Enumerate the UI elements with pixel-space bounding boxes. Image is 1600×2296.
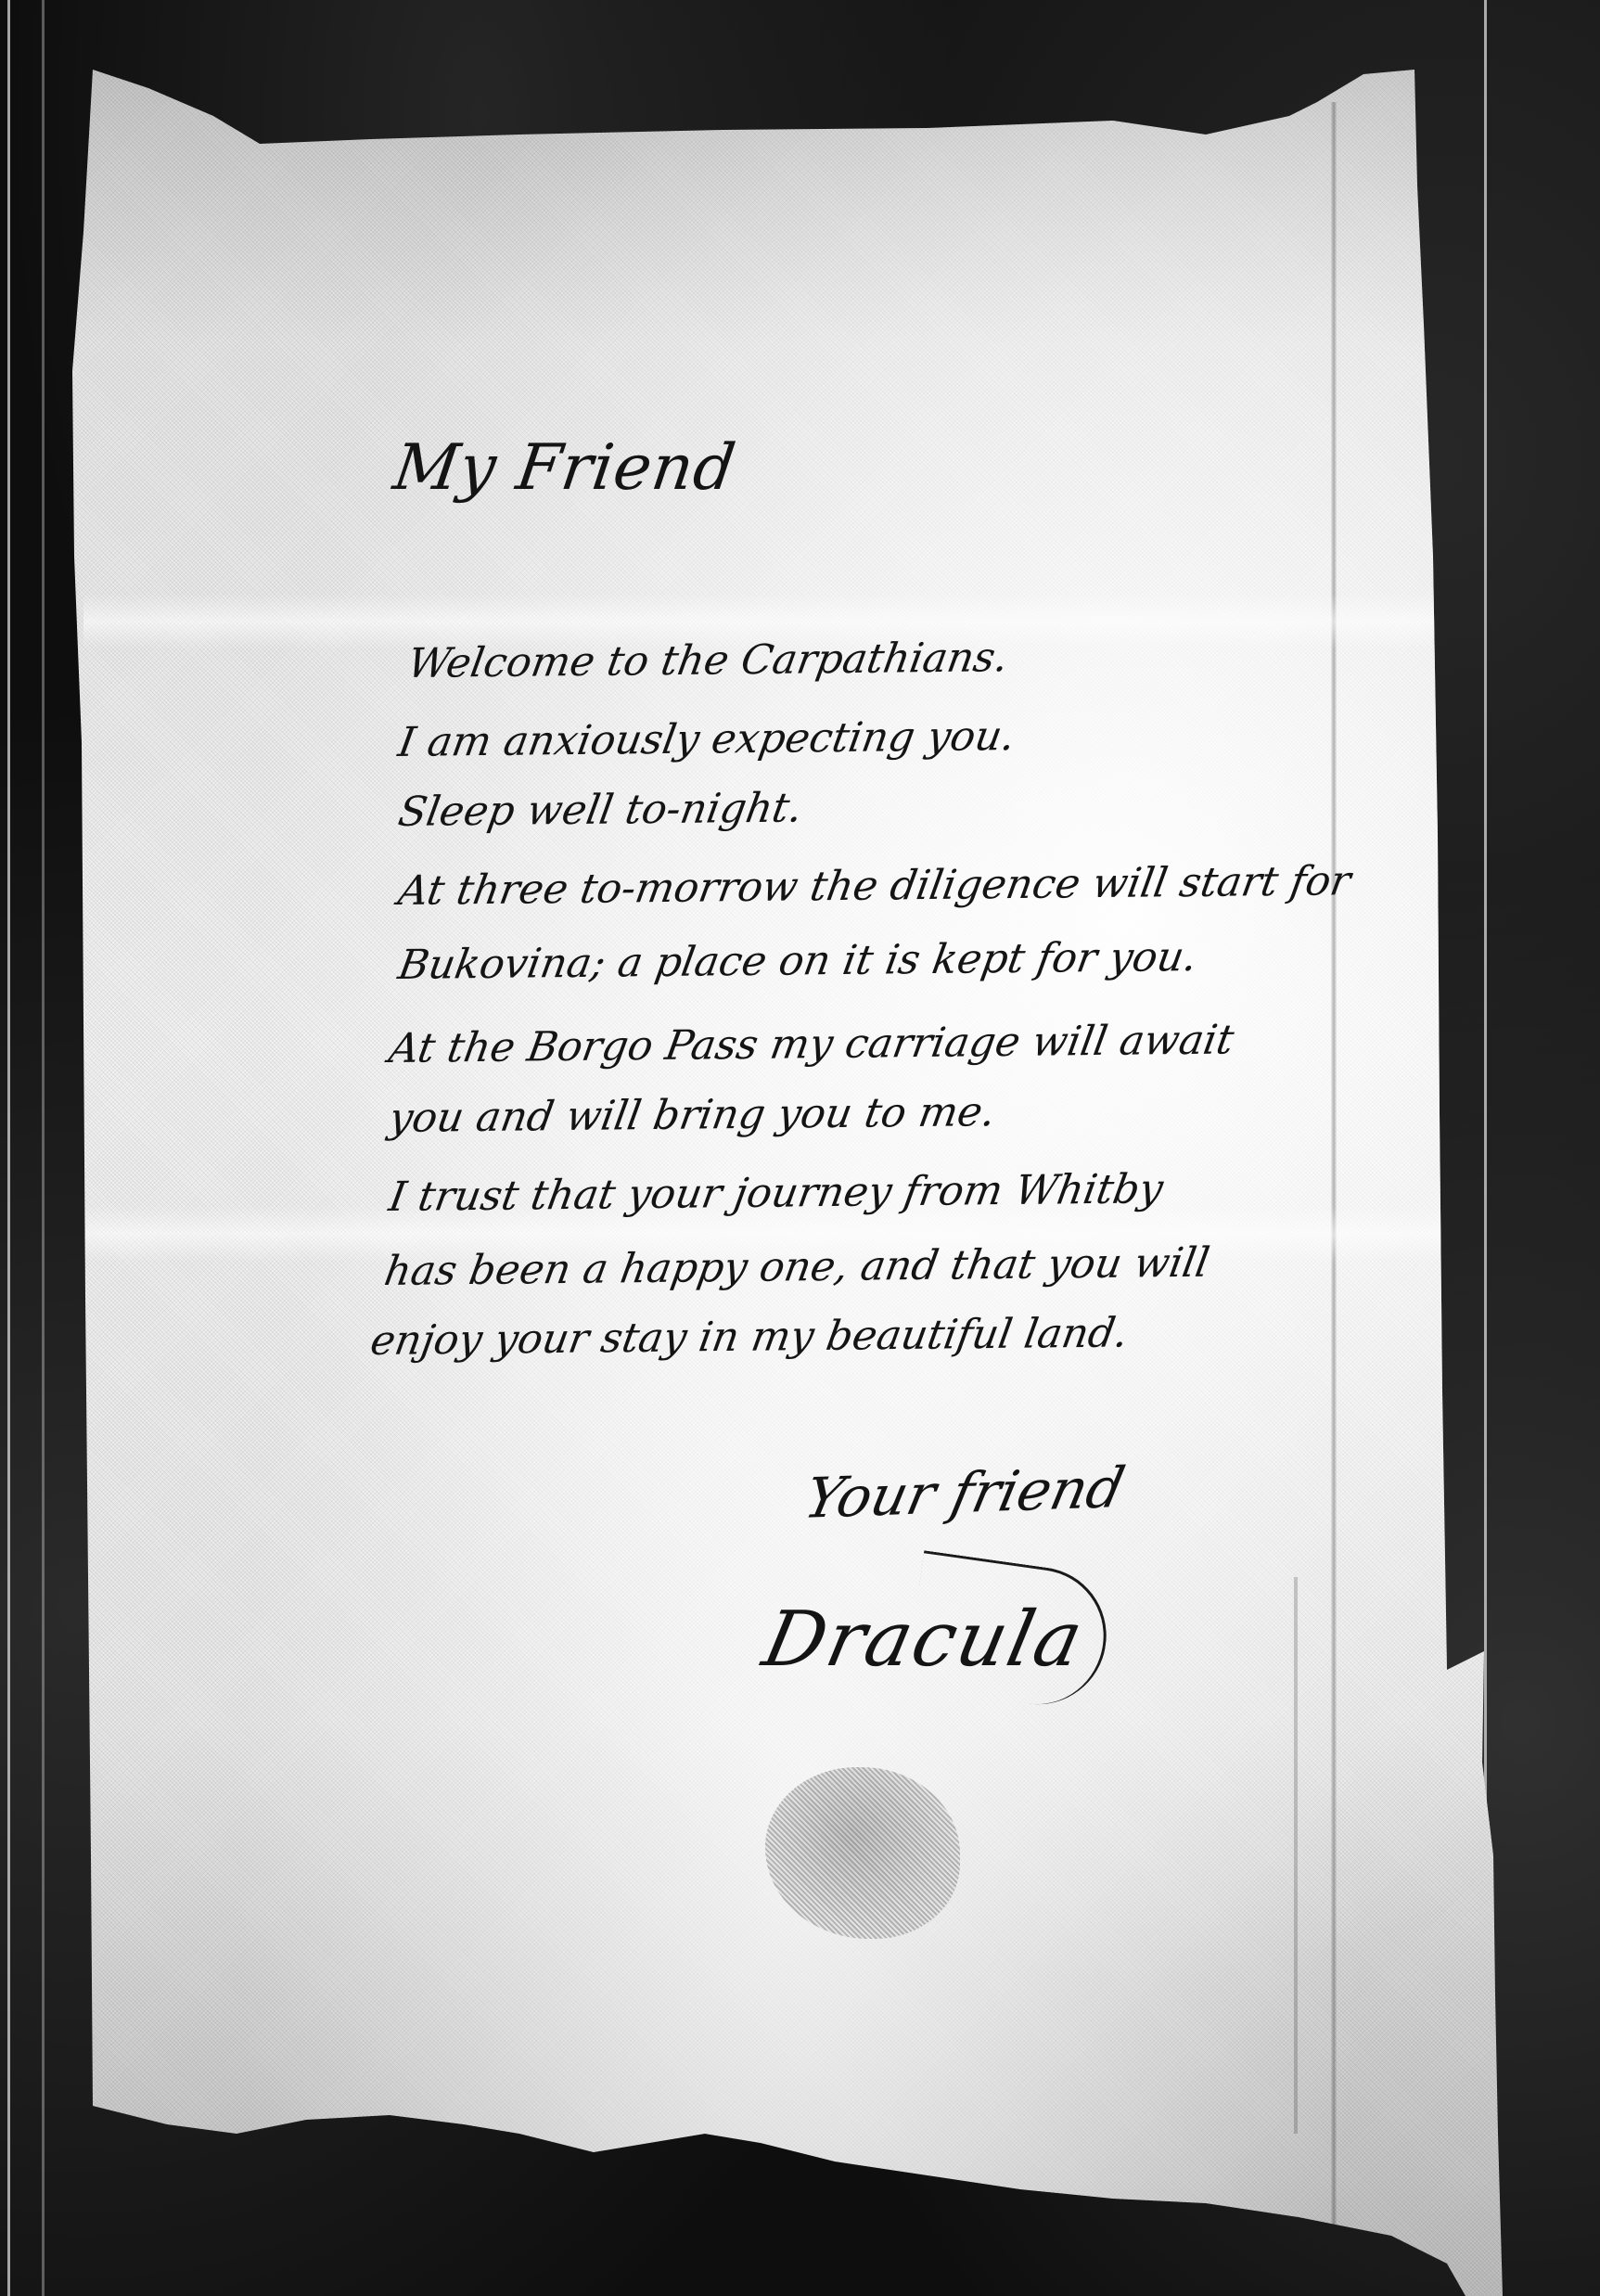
letter-line: Welcome to the Carpathians.: [404, 634, 1012, 687]
letter-line: At the Borgo Pass my carriage will await: [386, 1016, 1237, 1072]
letter-line: has been a happy one, and that you will: [381, 1239, 1213, 1295]
letter-line: Bukovina; a place on it is kept for you.: [395, 933, 1201, 989]
letter-line: I trust that your journey from Whitby: [386, 1165, 1167, 1221]
letter-line: Sleep well to-night.: [395, 784, 806, 836]
letter-greeting: My Friend: [389, 431, 740, 505]
letter-line: enjoy your stay in my beautiful land.: [367, 1309, 1132, 1365]
handwritten-letter: My Friend Welcome to the Carpathians. I …: [0, 0, 1600, 2296]
letter-line: At three to-morrow the diligence will st…: [395, 857, 1354, 915]
letter-line: you and will bring you to me.: [386, 1088, 999, 1142]
letter-signature: Dracula: [756, 1596, 1092, 1684]
wax-seal-stain: [765, 1767, 960, 1939]
letter-line: I am anxiously expecting you.: [395, 712, 1018, 766]
letter-closing: Your friend: [799, 1456, 1130, 1532]
